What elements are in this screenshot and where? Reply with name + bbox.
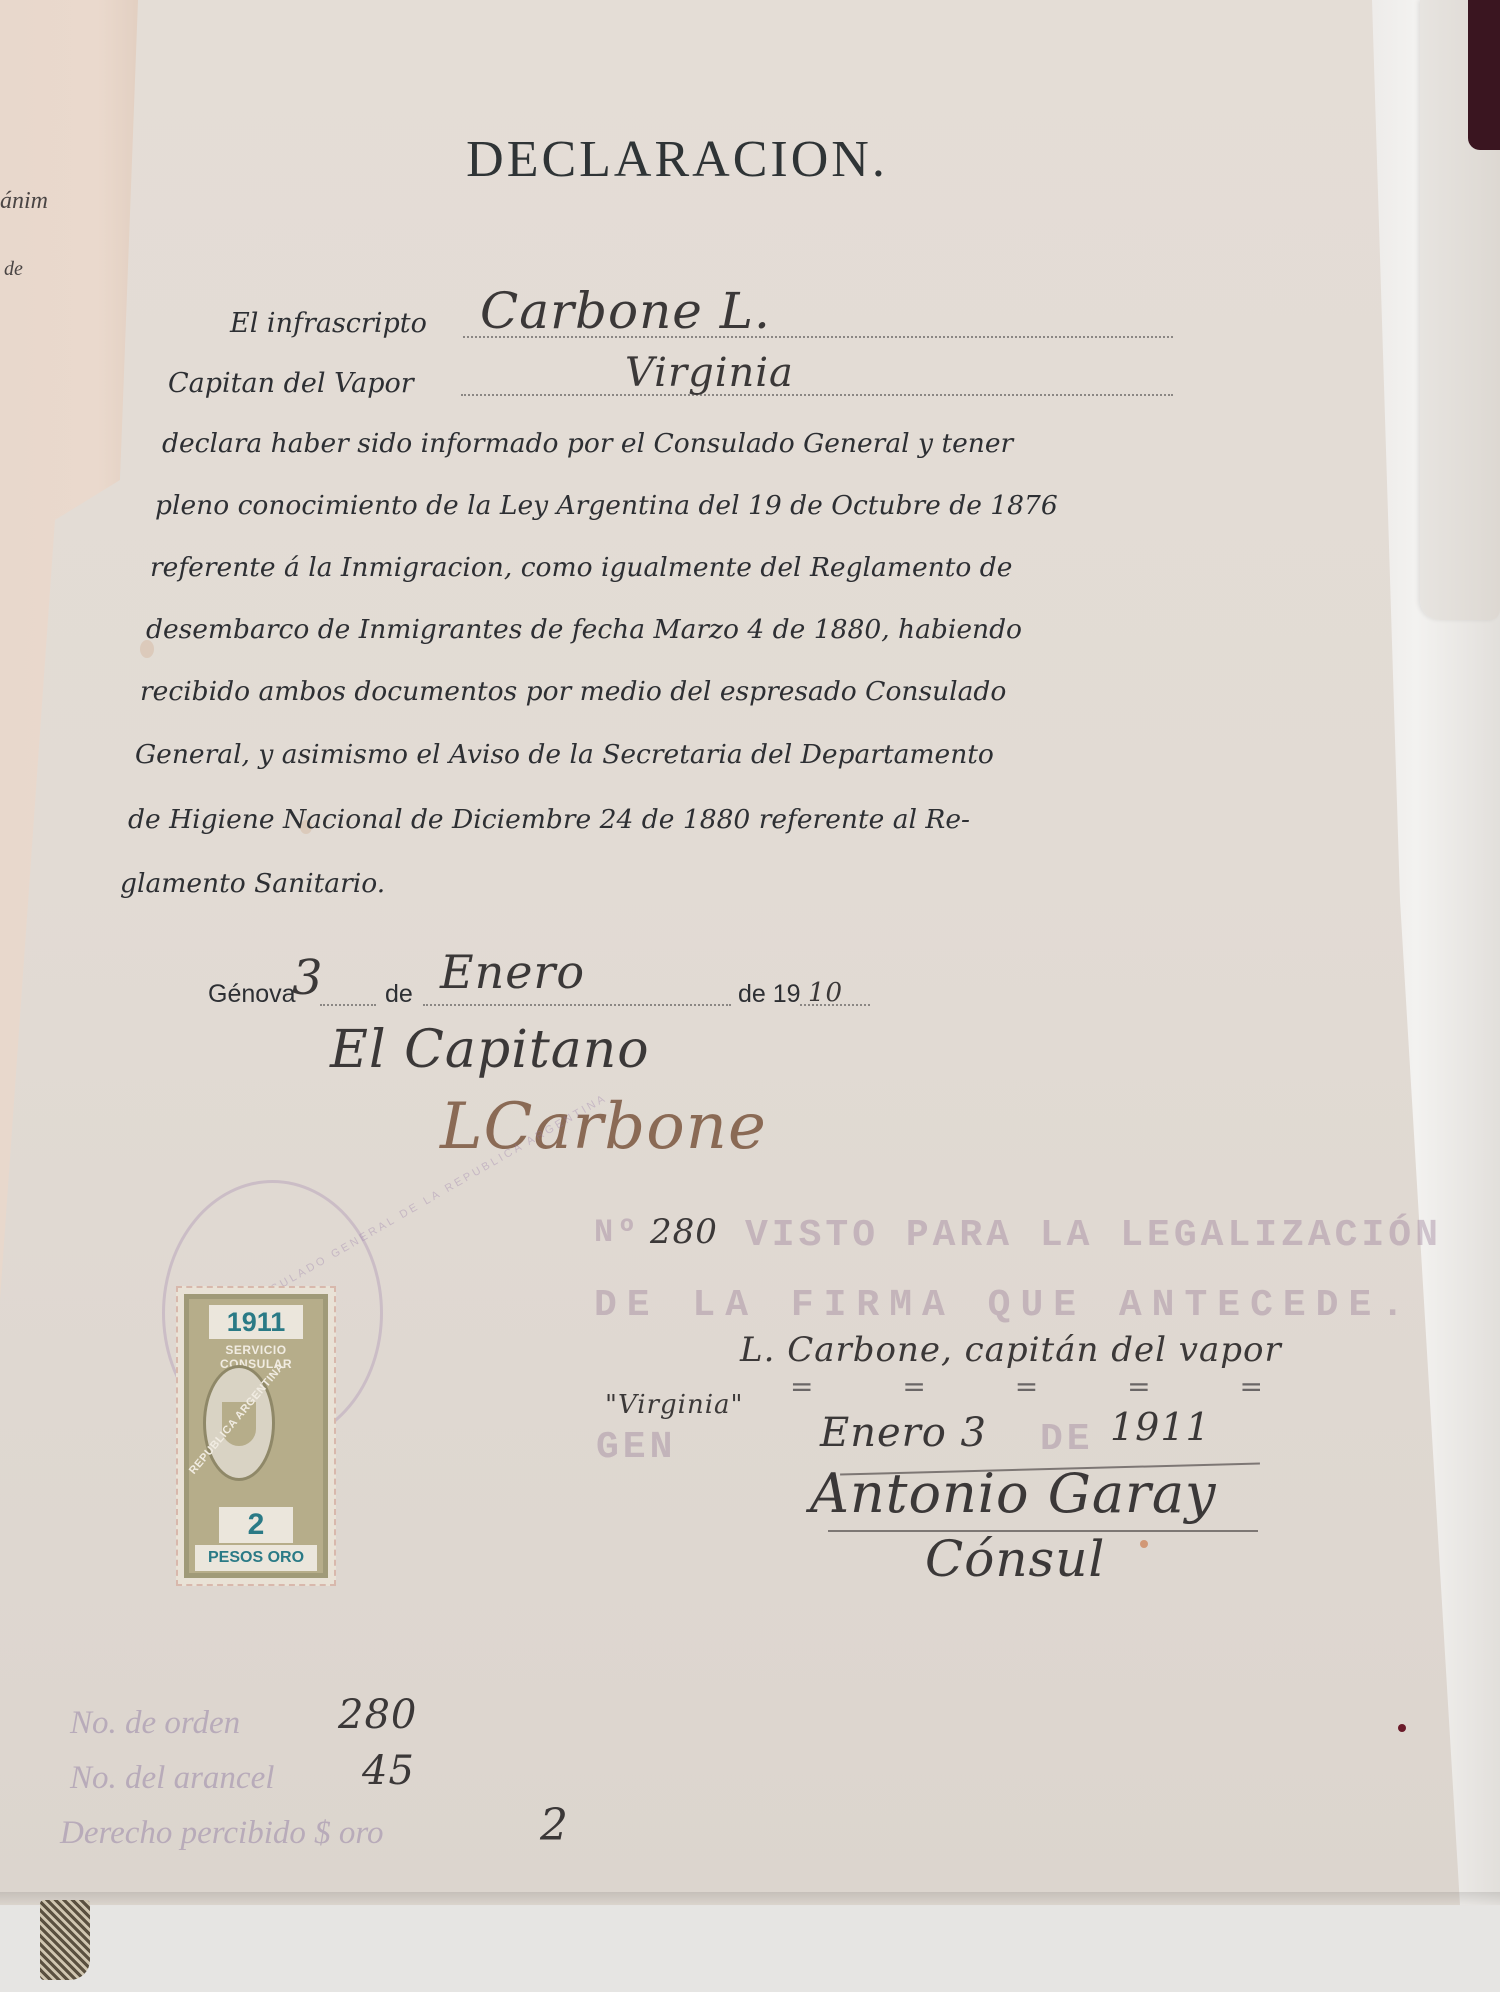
- revenue-stamp-value: 2: [219, 1507, 293, 1543]
- legalization-year-handwritten: 1911: [1110, 1405, 1211, 1449]
- year-label: de 19: [738, 980, 801, 1009]
- captain-dotted-line: [461, 394, 1173, 396]
- foxing-spot: [1140, 1540, 1148, 1548]
- legalization-date-handwritten: Enero 3: [820, 1410, 987, 1456]
- year-dotted-line: [800, 1004, 870, 1006]
- tariff-number-handwritten: 45: [362, 1748, 415, 1794]
- left-page-fragment: de: [4, 258, 23, 281]
- legalization-stamp-prefix: Nº: [594, 1214, 640, 1251]
- legalization-steamer-name: "Virginia": [605, 1390, 744, 1420]
- body-line: recibido ambos documentos por medio del …: [140, 676, 1192, 707]
- body-line: desembarco de Inmigrantes de fecha Marzo…: [146, 614, 1190, 645]
- order-number-label: No. de orden: [70, 1705, 240, 1742]
- body-line: referente á la Inmigracion, como igualme…: [150, 552, 1190, 583]
- consul-title-handwritten: Cónsul: [925, 1530, 1105, 1588]
- captain-title-handwritten: El Capitano: [330, 1020, 650, 1080]
- left-page-fragment: ánim: [0, 188, 48, 215]
- body-line: pleno conocimiento de la Ley Argentina d…: [155, 490, 1185, 521]
- order-number-handwritten: 280: [338, 1692, 417, 1738]
- legalization-filler-equals: = = = = =: [790, 1370, 1303, 1403]
- binder-clip-icon: [40, 1900, 90, 1980]
- body-line: de Higiene Nacional de Diciembre 24 de 1…: [128, 804, 1200, 835]
- de-label: de: [385, 980, 413, 1009]
- revenue-stamp-service: SERVICIO CONSULAR: [193, 1343, 319, 1371]
- revenue-stamp: 1911 SERVICIO CONSULAR REPUBLICA ARGENTI…: [176, 1286, 336, 1586]
- ink-spot: [1398, 1724, 1406, 1732]
- undersigned-handwritten: Carbone L.: [480, 282, 771, 340]
- steamer-name-handwritten: Virginia: [625, 350, 794, 396]
- body-line: General, y asimismo el Aviso de la Secre…: [135, 739, 1198, 770]
- captain-label: Capitan del Vapor: [168, 368, 414, 399]
- legalization-stamp-line-2: DE LA FIRMA QUE ANTECEDE.: [594, 1284, 1414, 1327]
- legalization-handwritten-line-1: L. Carbone, capitán del vapor: [740, 1330, 1282, 1370]
- revenue-stamp-year: 1911: [209, 1305, 303, 1339]
- legalization-stamp-de: DE: [1040, 1418, 1094, 1461]
- legalization-stamp-place: GEN: [596, 1426, 676, 1469]
- legalization-stamp-line-1: VISTO PARA LA LEGALIZACIÓN: [745, 1214, 1442, 1257]
- month-handwritten: Enero: [440, 945, 585, 999]
- sheet-edge-shadow: [0, 1892, 1500, 1906]
- tariff-number-label: No. del arancel: [70, 1760, 274, 1797]
- place-label: Génova: [208, 980, 296, 1009]
- fee-collected-handwritten: 2: [540, 1800, 569, 1851]
- undersigned-label: El infrascripto: [230, 308, 427, 339]
- month-dotted-line: [423, 1004, 731, 1006]
- day-handwritten: 3: [292, 950, 324, 1006]
- legalization-number-handwritten: 280: [650, 1212, 718, 1252]
- body-line: glamento Sanitario.: [120, 868, 385, 899]
- body-line: declara haber sido informado por el Cons…: [162, 428, 1184, 459]
- consul-signature: Antonio Garay: [810, 1462, 1217, 1525]
- revenue-stamp-currency: PESOS ORO: [195, 1545, 317, 1571]
- fee-collected-label: Derecho percibido $ oro: [60, 1815, 384, 1852]
- day-dotted-line: [320, 1004, 376, 1006]
- bottom-surface: [0, 1905, 1500, 1992]
- dark-fabric-corner: [1468, 0, 1500, 150]
- document-title: DECLARACION.: [417, 130, 937, 189]
